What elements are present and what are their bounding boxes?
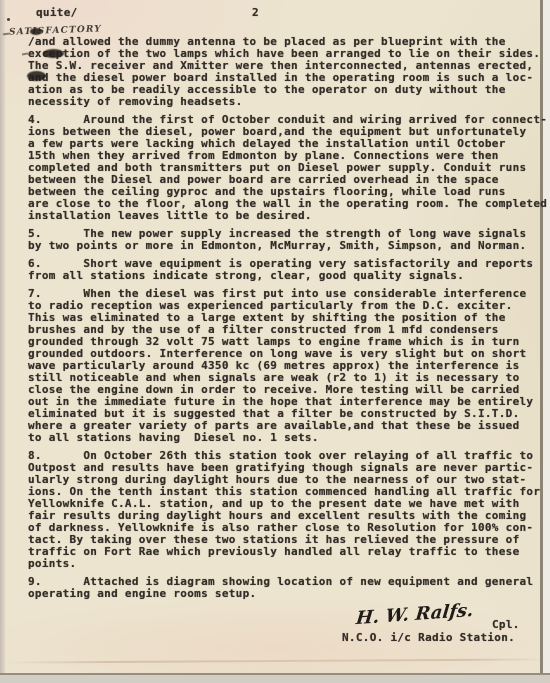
ink-blot [27,71,46,81]
typed-annotation-quite: quite/ [36,7,78,19]
paragraph: 5. The new power supply increased the st… [28,228,548,252]
paragraph: 6. Short wave equipment is operating ver… [28,258,548,282]
paper-speck [7,18,10,21]
ink-blot [43,49,64,58]
paragraph: 7. When the diesel was first put into us… [28,288,548,444]
ink-blot [30,28,42,35]
paragraph: /and allowed the dummy antenna to be pla… [28,36,548,108]
paragraph: 4. Around the first of October conduit a… [28,114,548,222]
paper-crease [0,658,550,663]
scanned-document-page: quite/ 2 SATISFACTORY /and allowed the d… [0,0,550,683]
scan-edge-bottom [0,673,550,683]
page-number: 2 [252,7,259,19]
paragraph-list: /and allowed the dummy antenna to be pla… [28,36,548,606]
signature-title: N.C.O. i/c Radio Station. [342,632,515,644]
paragraph: 9. Attached is diagram showing location … [28,576,548,600]
paragraph: 8. On October 26th this station took ove… [28,450,548,570]
scan-edge-left [0,0,6,683]
signature-rank: Cpl. [492,619,520,631]
